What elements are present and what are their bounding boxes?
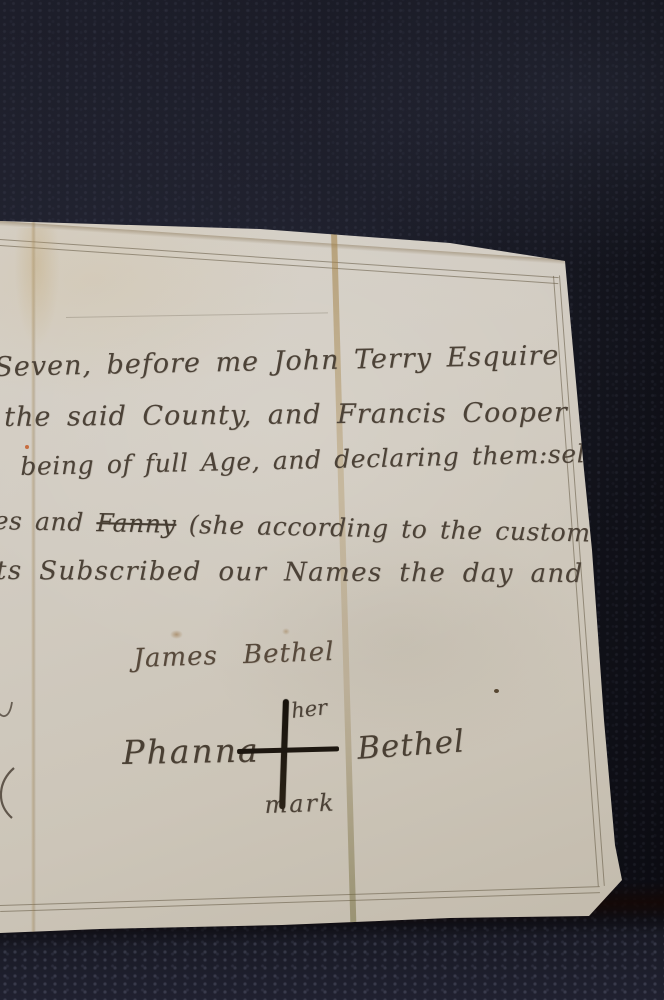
handwritten-line-3: being of full Age, and declaring them:se… bbox=[20, 438, 629, 481]
crease-stain bbox=[14, 228, 60, 348]
ink-stain-spot bbox=[282, 628, 290, 635]
cut-off-pen-flourish bbox=[0, 766, 24, 822]
handwritten-line-4: es and Fanny (she according to the custo… bbox=[0, 506, 591, 547]
handwritten-line-1: Seven, before me John Terry Esquire ~ bbox=[0, 339, 598, 383]
mark-label-her: her bbox=[290, 695, 328, 723]
faint-ruled-ghost-line bbox=[66, 312, 328, 318]
name-bethel: Bethel bbox=[356, 723, 466, 766]
dark-speck bbox=[494, 689, 499, 693]
red-speck bbox=[25, 445, 29, 449]
cut-off-pen-stroke bbox=[0, 688, 20, 728]
line-4-prefix: es and bbox=[0, 506, 97, 537]
photo-of-parchment-document: Seven, before me John Terry Esquire ~ th… bbox=[0, 0, 664, 1000]
ruled-border-bottom bbox=[0, 886, 600, 912]
mark-label-mark: mark bbox=[264, 789, 336, 819]
handwritten-line-2: the said County, and Francis Cooper ~ bbox=[4, 397, 607, 433]
ink-stain-spot bbox=[170, 630, 183, 639]
struck-through-word: Fanny bbox=[96, 508, 176, 539]
handwritten-line-5: ts Subscribed our Names the day and ~ bbox=[0, 556, 624, 589]
signature-james-bethel: James Bethel bbox=[133, 637, 335, 674]
line-4-suffix: (she according to the custom bbox=[176, 510, 591, 548]
